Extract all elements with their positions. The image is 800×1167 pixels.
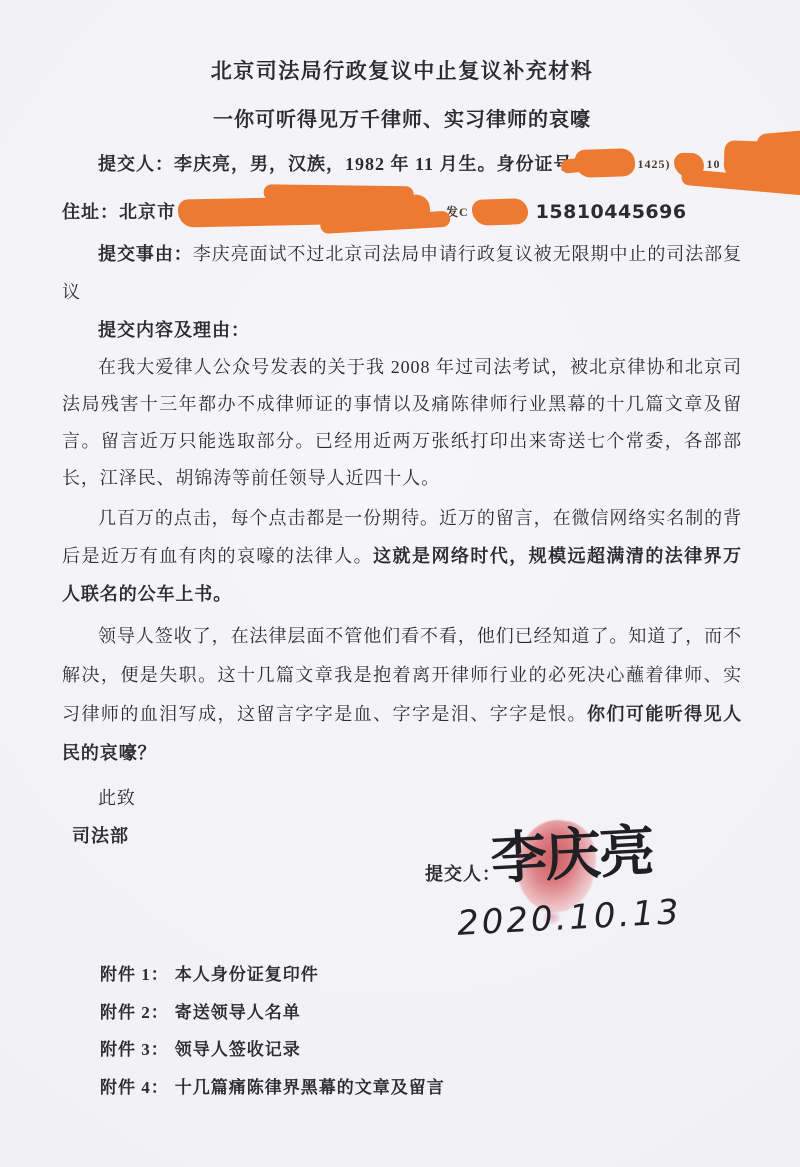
submitter-label: 提交人： <box>98 154 174 174</box>
address-line: 住址：北京市，发C15810445696 <box>62 191 742 233</box>
id-fragment: 10 <box>707 157 721 171</box>
address-label: 住址： <box>62 202 119 222</box>
submitter-line: 提交人：李庆亮，男，汉族，1982 年 11 月生。身份证号1425)10 <box>62 142 742 185</box>
paragraph-articles: 在我大爱律人公众号发表的关于我 2008 年过司法考试，被北京律协和北京司法局残… <box>62 349 742 497</box>
attachment-item: 附件 3：领导人签收记录 <box>100 1031 445 1069</box>
document-page: 北京司法局行政复议中止复议补充材料 一你可听得见万千律师、实习律师的哀嚎 提交人… <box>0 0 800 1167</box>
attachments-list: 附件 1：本人身份证复印件 附件 2：寄送领导人名单 附件 3：领导人签收记录 … <box>100 956 445 1106</box>
attachment-item: 附件 2：寄送领导人名单 <box>100 994 445 1032</box>
submitter-text: 李庆亮，男，汉族，1982 年 11 月生。身份证号 <box>174 154 573 174</box>
redaction-marker <box>574 148 635 178</box>
attachment-text: 领导人签收记录 <box>175 1040 301 1059</box>
attachment-label: 附件 4： <box>100 1078 169 1097</box>
paragraph-clicks: 几百万的点击，每个点击都是一份期待。近万的留言，在微信网络实名制的背后是近万有血… <box>62 499 742 613</box>
attachment-label: 附件 3： <box>100 1040 169 1059</box>
redaction-marker <box>723 140 800 184</box>
signature-label: 提交人： <box>425 860 501 886</box>
redaction-marker <box>471 198 528 226</box>
id-fragment: 1425) <box>638 157 671 171</box>
attachment-label: 附件 1： <box>100 965 169 984</box>
reason-paragraph: 提交事由：李庆亮面试不过北京司法局申请行政复议被无限期中止的司法部复议 <box>62 235 742 311</box>
handwritten-date: 2020.10.13 <box>456 892 682 944</box>
handwritten-signature: 李庆亮 <box>490 824 655 888</box>
attachment-label: 附件 2： <box>100 1003 169 1022</box>
phone-number: 15810445696 <box>536 201 687 223</box>
attachment-item: 附件 1：本人身份证复印件 <box>100 956 445 994</box>
page-title: 北京司法局行政复议中止复议补充材料 <box>62 56 742 86</box>
address-text: 北京市 <box>119 202 176 222</box>
closing-salute: 此致 <box>62 779 742 817</box>
reason-label: 提交事由： <box>98 244 193 264</box>
content-header: 提交内容及理由： <box>62 311 742 349</box>
redaction-marker <box>178 194 431 227</box>
attachment-text: 本人身份证复印件 <box>175 965 319 984</box>
page-subtitle: 一你可听得见万千律师、实习律师的哀嚎 <box>62 106 742 134</box>
paragraph-leaders: 领导人签收了，在法律层面不管他们看不看，他们已经知道了。知道了，而不解决，便是失… <box>62 617 742 773</box>
attachment-text: 寄送领导人名单 <box>175 1003 301 1022</box>
attachment-item: 附件 4：十几篇痛陈律界黑幕的文章及留言 <box>100 1069 445 1107</box>
attachment-text: 十几篇痛陈律界黑幕的文章及留言 <box>175 1078 445 1097</box>
signature-block: 提交人： 李庆亮 2020.10.13 <box>425 818 745 968</box>
